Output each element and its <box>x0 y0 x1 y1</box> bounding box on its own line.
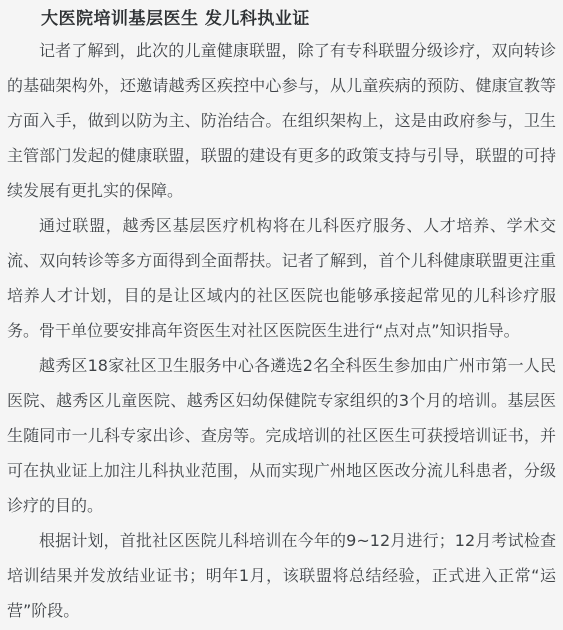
article-paragraph-1: 记者了解到，此次的儿童健康联盟，除了有专科联盟分级诊疗，双向转诊的基础架构外，还… <box>7 33 556 208</box>
article-body: 大医院培训基层医生 发儿科执业证 记者了解到，此次的儿童健康联盟，除了有专科联盟… <box>0 0 563 630</box>
article-paragraph-3: 越秀区18家社区卫生服务中心各遴选2名全科医生参加由广州市第一人民医院、越秀区儿… <box>7 348 556 523</box>
article-title: 大医院培训基层医生 发儿科执业证 <box>7 7 556 31</box>
article-paragraph-2: 通过联盟，越秀区基层医疗机构将在儿科医疗服务、人才培养、学术交流、双向转诊等多方… <box>7 208 556 348</box>
article-paragraph-4: 根据计划，首批社区医院儿科培训在今年的9~12月进行；12月考试检查培训结果并发… <box>7 523 556 628</box>
